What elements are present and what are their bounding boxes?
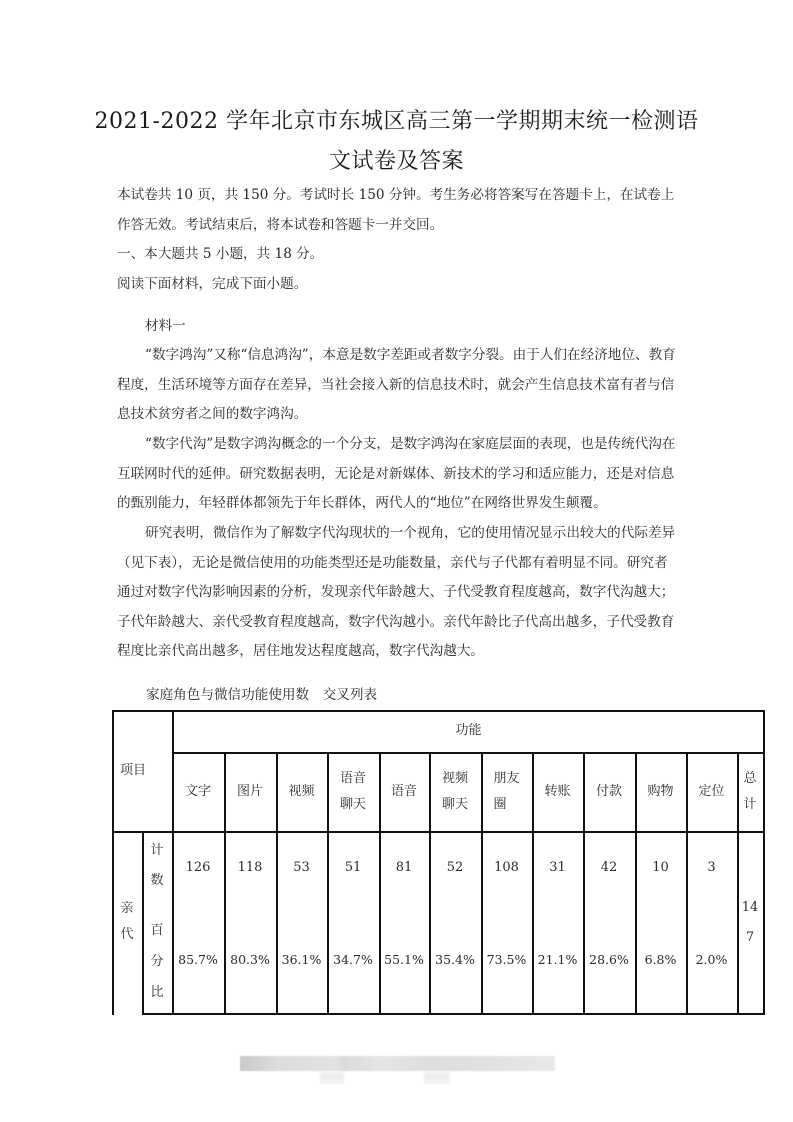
count-cell-video-chat: 52 — [429, 855, 481, 881]
table-rule-header — [112, 831, 765, 833]
column-header-label: 图片 — [237, 779, 263, 805]
column-header-label: 购物 — [647, 779, 673, 805]
count-cell-voice-chat: 51 — [327, 855, 379, 881]
exam-instructions-line-1: 本试卷共 10 页，共 150 分。考试时长 150 分钟。考生务必将答案写在答… — [117, 181, 687, 211]
percent-cell-shopping: 6.8% — [635, 947, 686, 973]
row-label-percent-2: 分 — [150, 946, 163, 977]
row-group-label: 亲 — [120, 896, 133, 922]
column-header-voice-chat: 语音聊天 — [327, 752, 379, 831]
row-group-parent-generation: 亲代 — [112, 831, 142, 1013]
column-header-label: 总 — [743, 766, 756, 792]
blurred-footer — [240, 1056, 555, 1071]
count-cell-location: 3 — [686, 855, 737, 881]
percent-cell-moments: 73.5% — [481, 947, 532, 973]
row-label-count-2: 数 — [150, 866, 163, 896]
paragraph-2: “数字代沟”是数字鸿沟概念的一个分支，是数字鸿沟在家庭层面的表现，也是传统代沟在… — [117, 430, 677, 519]
column-header-total: 总计 — [737, 752, 763, 831]
column-header-payment: 付款 — [583, 752, 635, 831]
column-header-label: 视频 — [442, 766, 468, 792]
section-heading: 一、本大题共 5 小题，共 18 分。 — [117, 240, 687, 270]
count-cell-shopping: 10 — [635, 855, 686, 881]
percent-cell-text: 85.7% — [172, 947, 224, 973]
exam-instructions-line-2: 作答无效。考试结束后，将本试卷和答题卡一并交回。 — [117, 211, 687, 241]
exam-instructions: 本试卷共 10 页，共 150 分。考试时长 150 分钟。考生务必将答案写在答… — [117, 181, 687, 299]
row-label-count: 计数 — [142, 836, 172, 896]
total-value-1: 14 — [742, 893, 759, 923]
blurred-footer-fragment — [320, 1072, 344, 1084]
count-cell-video: 53 — [276, 855, 327, 881]
group-header: 功能 — [172, 710, 765, 752]
document-title-line-1: 2021-2022 学年北京市东城区高三第一学期期末统一检测语 — [0, 104, 793, 135]
percent-cell-location: 2.0% — [686, 947, 737, 973]
column-header-text: 文字 — [172, 752, 224, 831]
count-cell-text: 126 — [172, 855, 224, 881]
count-cell-moments: 108 — [481, 855, 532, 881]
percent-cell-image: 80.3% — [224, 947, 276, 973]
reading-instruction: 阅读下面材料，完成下面小题。 — [117, 270, 687, 300]
row-label-count-1: 计 — [150, 836, 163, 866]
total-cell: 147 — [737, 890, 763, 956]
column-header-transfer: 转账 — [532, 752, 583, 831]
count-cell-payment: 42 — [583, 855, 635, 881]
column-header-label: 文字 — [185, 779, 211, 805]
row-label-percent-1: 百 — [150, 915, 163, 946]
column-header-image: 图片 — [224, 752, 276, 831]
blurred-footer-fragment — [424, 1072, 450, 1084]
column-header-label: 转账 — [544, 779, 570, 805]
corner-header-label: 项目 — [120, 758, 146, 784]
table-border-bottom — [142, 1013, 765, 1015]
count-cell-image: 118 — [224, 855, 276, 881]
column-header-label: 语音 — [391, 779, 417, 805]
column-header-label: 定位 — [698, 779, 724, 805]
corner-header: 项目 — [112, 710, 172, 831]
group-header-label: 功能 — [455, 718, 481, 744]
column-header-label: 付款 — [596, 779, 622, 805]
count-cell-voice: 81 — [379, 855, 429, 881]
column-header-label: 视频 — [288, 779, 314, 805]
table-border-right — [763, 710, 765, 1015]
paragraph-3: 研究表明，微信作为了解数字代沟现状的一个视角，它的使用情况显示出较大的代际差异（… — [117, 519, 677, 667]
percent-cell-voice: 55.1% — [379, 947, 429, 973]
column-header-location: 定位 — [686, 752, 737, 831]
percent-cell-video-chat: 35.4% — [429, 947, 481, 973]
column-header-moments: 朋友圈 — [481, 752, 532, 831]
percent-cell-payment: 28.6% — [583, 947, 635, 973]
total-value-2: 7 — [746, 923, 754, 953]
column-header-label-2: 聊天 — [442, 792, 468, 818]
column-header-shopping: 购物 — [635, 752, 686, 831]
row-group-label-2: 代 — [120, 922, 133, 948]
percent-cell-transfer: 21.1% — [532, 947, 583, 973]
column-header-label-2: 聊天 — [340, 792, 366, 818]
column-header-label-2: 圈 — [493, 792, 506, 818]
table-caption: 家庭角色与微信功能使用数 交叉列表 — [146, 683, 377, 703]
row-label-percent: 百分比 — [142, 913, 172, 1009]
column-header-label: 语音 — [340, 766, 366, 792]
document-title-line-2: 文试卷及答案 — [0, 144, 793, 175]
column-header-label: 朋友 — [493, 766, 519, 792]
column-header-video: 视频 — [276, 752, 327, 831]
row-label-percent-3: 比 — [150, 977, 163, 1008]
percent-cell-video: 36.1% — [276, 947, 327, 973]
column-header-voice: 语音 — [379, 752, 429, 831]
material-label: 材料一 — [117, 312, 677, 342]
percent-cell-voice-chat: 34.7% — [327, 947, 379, 973]
paragraph-1: “数字鸿沟”又称“信息鸿沟”，本意是数字差距或者数字分裂。由于人们在经济地位、教… — [117, 341, 677, 430]
count-cell-transfer: 31 — [532, 855, 583, 881]
column-header-video-chat: 视频聊天 — [429, 752, 481, 831]
column-header-label-2: 计 — [743, 792, 756, 818]
